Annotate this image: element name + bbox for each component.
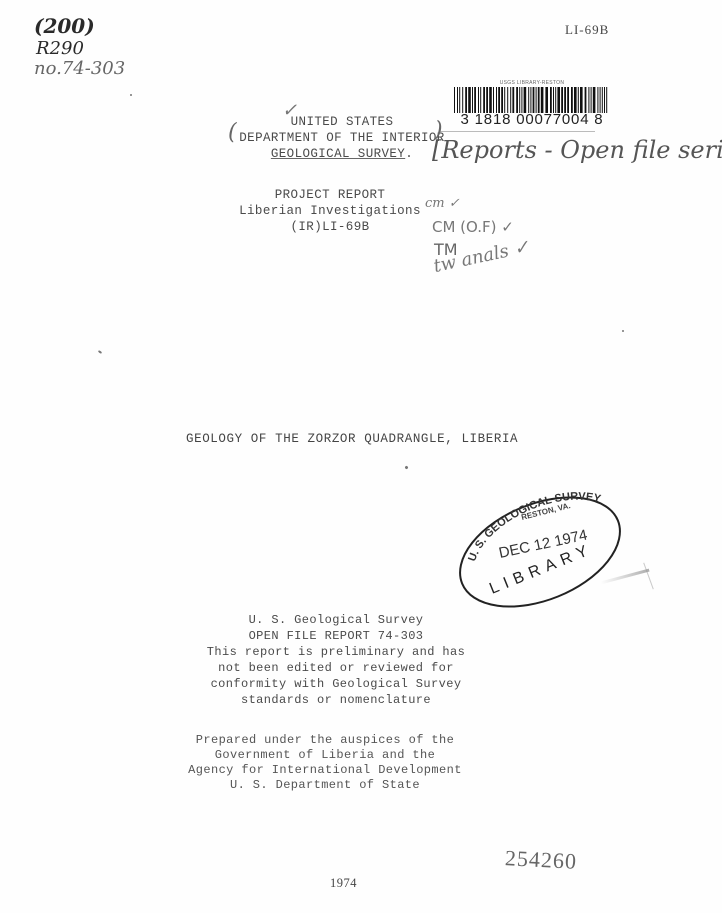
prepared-statement: Prepared under the auspices of theGovern… (170, 733, 480, 793)
scan-speck (404, 465, 408, 469)
handwritten-call-number-2: R290 (36, 38, 84, 59)
project-block: PROJECT REPORT Liberian Investigations (… (230, 187, 430, 235)
scan-speck (98, 350, 102, 354)
handwritten-note-2: CM (O.F) ✓ (432, 218, 514, 236)
publication-year: 1974 (330, 876, 357, 891)
agency-block: UNITED STATES DEPARTMENT OF THE INTERIOR… (232, 114, 452, 162)
scan-smear (643, 563, 654, 590)
scan-speck (622, 330, 624, 332)
open-file-notice: U. S. Geological SurveyOPEN FILE REPORT … (196, 612, 476, 708)
agency-name: GEOLOGICAL SURVEY (271, 147, 405, 161)
agency-line-2: DEPARTMENT OF THE INTERIOR (232, 130, 452, 146)
library-barcode: USGS LIBRARY-RESTON 3 1818 00077004 8 (448, 80, 616, 130)
handwritten-paren: ( (228, 120, 237, 145)
open-file-line: standards or nomenclature (196, 692, 476, 708)
handwritten-call-number-1: (200) (34, 14, 95, 38)
prepared-line: Prepared under the auspices of the (170, 733, 480, 748)
divider (440, 131, 595, 132)
document-page: (200) R290 no.74-303 LI-69B USGS LIBRARY… (0, 0, 722, 913)
barcode-bars (454, 87, 610, 113)
prepared-line: Government of Liberia and the (170, 748, 480, 763)
open-file-line: U. S. Geological Survey (196, 612, 476, 628)
handwritten-call-number-3: no.74-303 (34, 58, 125, 79)
library-stamp: U. S. GEOLOGICAL SURVEY RESTON, VA. DEC … (452, 488, 632, 608)
agency-line-1: UNITED STATES (232, 114, 452, 130)
barcode-number: 3 1818 00077004 8 (448, 111, 616, 128)
agency-suffix: . (405, 147, 413, 161)
prepared-line: Agency for International Development (170, 763, 480, 778)
open-file-line: not been edited or reviewed for (196, 660, 476, 676)
scan-speck (130, 94, 132, 96)
open-file-line: OPEN FILE REPORT 74-303 (196, 628, 476, 644)
project-line-1: PROJECT REPORT (230, 187, 430, 203)
open-file-line: conformity with Geological Survey (196, 676, 476, 692)
handwritten-note-1: cm ✓ (425, 196, 460, 211)
prepared-line: U. S. Department of State (170, 778, 480, 793)
open-file-line: This report is preliminary and has (196, 644, 476, 660)
accession-number: 254260 (504, 845, 577, 875)
project-line-3: (IR)LI-69B (230, 219, 430, 235)
document-title: GEOLOGY OF THE ZORZOR QUADRANGLE, LIBERI… (186, 432, 518, 446)
project-line-2: Liberian Investigations (230, 203, 430, 219)
barcode-caption: USGS LIBRARY-RESTON (448, 80, 616, 86)
handwritten-series-note: [Reports - Open file series] (432, 136, 722, 164)
agency-line-3: GEOLOGICAL SURVEY. (232, 146, 452, 162)
report-code: LI-69B (565, 22, 609, 38)
